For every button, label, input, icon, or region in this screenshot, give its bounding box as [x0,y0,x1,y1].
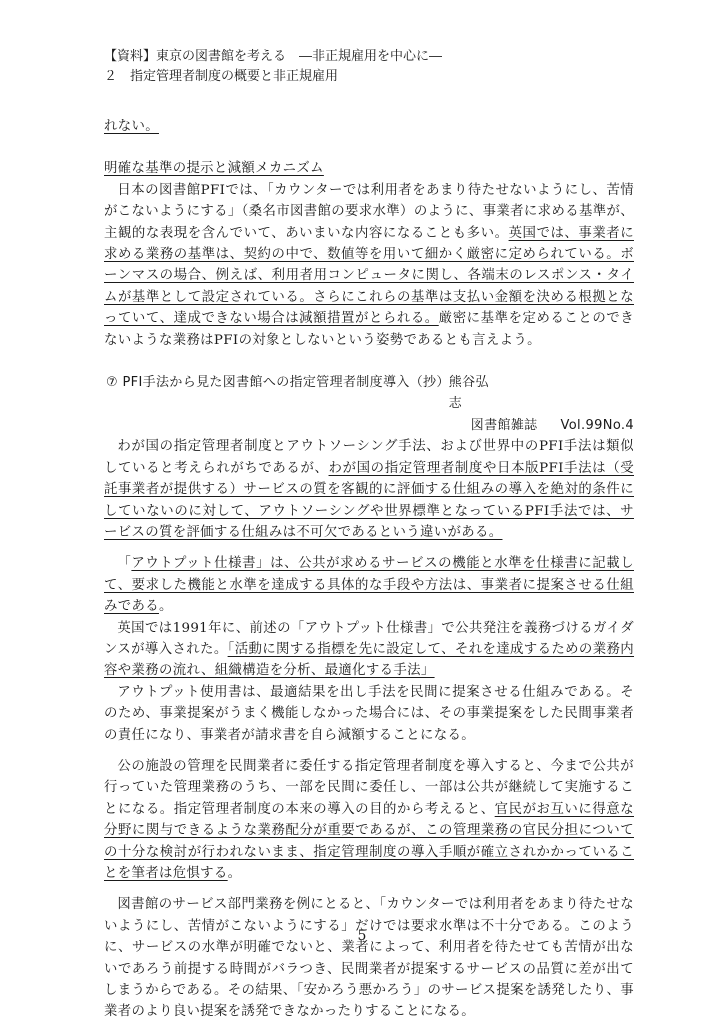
document-page: 【資料】東京の図書館を考える ―非正規雇用を中心に― ２ 指定管理者制度の概要と… [0,0,724,1024]
plain-text: 。 [228,866,242,881]
paragraph-library-service: 図書館のサービス部門業務を例にとると、「カウンターでは利用者をあまり待たせないよ… [104,894,634,1022]
subheading-text: 明確な基準の提示と減額メカニズム [104,161,324,176]
paragraph-output-usage: アウトプット使用書は、最適結果を出し手法を民間に提案させる仕組みである。そのため… [104,682,634,746]
journal-name: 図書館雑誌 [471,418,538,433]
journal-volume: Vol.99No.4 [561,418,634,433]
plain-text: 。 [159,599,173,614]
page-header: 【資料】東京の図書館を考える ―非正規雇用を中心に― ２ 指定管理者制度の概要と… [104,47,442,87]
page-number: 5 [0,928,724,944]
continuation-text: れない。 [104,116,634,137]
header-subtitle: ２ 指定管理者制度の概要と非正規雇用 [104,67,442,87]
subheading: 明確な基準の提示と減額メカニズム [104,158,634,179]
header-title: 【資料】東京の図書館を考える ―非正規雇用を中心に― [104,47,442,67]
journal-citation: 図書館雑誌 Vol.99No.4 [104,415,634,436]
underlined-text: アウトプット仕様書」は、公共が求めるサービスの機能と水準を仕様書に記載して、要求… [104,556,634,614]
plain-text: 「 [117,556,131,571]
paragraph-comparison: わが国の指定管理者制度とアウトソーシング手法、および世界中のPFI手法は類似して… [104,436,634,543]
paragraph-output-spec: 「アウトプット仕様書」は、公共が求めるサービスの機能と水準を仕様書に記載して、要… [104,553,634,617]
paragraph-public-facility: 公の施設の管理を民間業者に委任する指定管理者制度を導入すると、今まで公共が行って… [104,756,634,884]
section-title-line: ⑦ PFI手法から見た図書館への指定管理者制度導入（抄） 熊谷弘志 [104,372,634,415]
paragraph-uk-1991: 英国では1991年に、前述の「アウトプット仕様書」で公共発注を義務づけるガイダン… [104,618,634,682]
section-title: ⑦ PFI手法から見た図書館への指定管理者制度導入（抄） [104,372,449,415]
document-body: れない。 明確な基準の提示と減額メカニズム 日本の図書館PFIでは、「カウンター… [104,116,634,1023]
underlined-text: れない。 [104,119,159,134]
section-author: 熊谷弘志 [449,372,502,415]
paragraph-criteria: 日本の図書館PFIでは、「カウンターでは利用者をあまり待たせないようにし、苦情が… [104,180,634,351]
